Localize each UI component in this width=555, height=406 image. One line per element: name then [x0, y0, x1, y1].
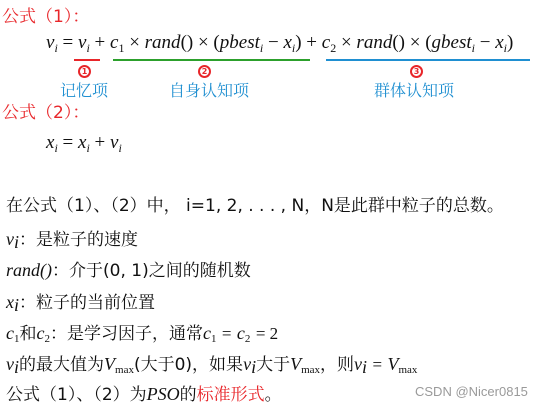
circled-number-2-icon: 2: [198, 65, 211, 78]
formula1-equation: vi = vi + c1 × rand() × (pbesti − xi) + …: [46, 32, 513, 54]
xi-description: xi：粒子的当前位置: [6, 288, 155, 313]
memory-term-underline: [74, 59, 100, 61]
self-cognition-underline: [113, 59, 310, 61]
social-cognition-label: 群体认知项: [374, 78, 454, 101]
learning-factor-description: c1和c2：是学习因子，通常c1 = c2 = 2: [6, 319, 278, 344]
watermark: CSDN @Nicer0815: [415, 384, 528, 399]
vmax-description: vi的最大值为Vmax(大于0)，如果vi大于Vmax，则vi = Vmax: [6, 350, 417, 375]
formula1-heading: 公式（1）：: [2, 2, 89, 27]
social-cognition-underline: [326, 59, 530, 61]
circled-number-1-icon: 1: [78, 65, 91, 78]
index-description: 在公式（1）、（2）中， i=1, 2, . . . , N，N是此群中粒子的总…: [6, 191, 504, 216]
standard-form-statement: 公式（1）、（2）为PSO的标准形式。: [6, 380, 282, 405]
rand-description: rand()：介于(0, 1)之间的随机数: [6, 256, 251, 281]
formula2-heading: 公式（2）：: [2, 98, 89, 123]
formula2-equation: xi = xi + vi: [46, 132, 122, 154]
self-cognition-label: 自身认知项: [169, 78, 249, 101]
circled-number-3-icon: 3: [410, 65, 423, 78]
vi-description: vi：是粒子的速度: [6, 225, 138, 250]
